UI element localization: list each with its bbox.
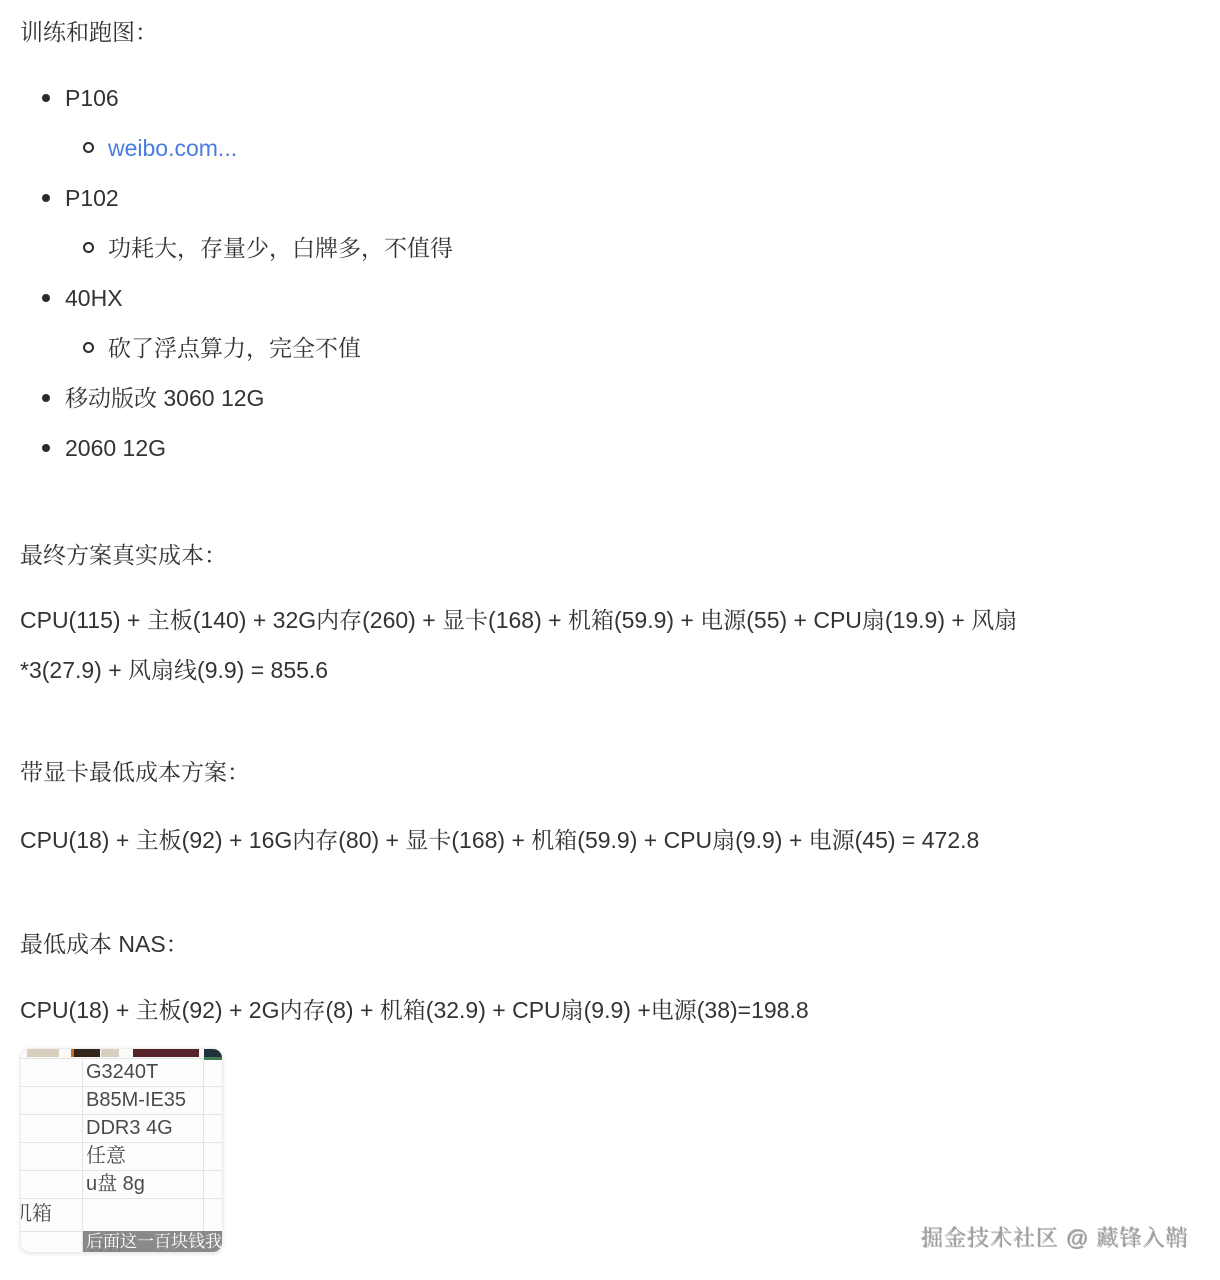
table-cell bbox=[21, 1232, 83, 1253]
artifact-mark bbox=[133, 1049, 199, 1057]
list-item: P102 bbox=[20, 185, 1200, 235]
gpu-options-list: P106 weibo.com... P102 功耗大，存量少，白牌多，不值得 4… bbox=[20, 85, 1200, 485]
artifact-mark bbox=[71, 1049, 100, 1057]
weibo-link[interactable]: weibo.com... bbox=[108, 135, 237, 161]
section-heading-nas-min-cost: 最低成本 NAS： bbox=[20, 930, 1200, 958]
table-row: DDR3 4G bbox=[21, 1115, 222, 1143]
table-cell: u盘 8g bbox=[83, 1171, 204, 1198]
list-item-note: 砍了浮点算力，完全不值 bbox=[20, 335, 1200, 361]
table-cell: 任意 bbox=[83, 1143, 204, 1170]
community-watermark: 掘金技术社区 @ 藏锋入鞘 bbox=[921, 1222, 1189, 1253]
table-row: 任意 bbox=[21, 1143, 222, 1171]
table-cell bbox=[21, 1059, 83, 1086]
table-cell: 机箱 bbox=[21, 1199, 83, 1231]
table-row: G3240T bbox=[21, 1059, 222, 1087]
list-item-label: P106 bbox=[20, 85, 1200, 111]
table-cell: B85M-IE35 bbox=[83, 1087, 204, 1114]
list-item: 砍了浮点算力，完全不值 bbox=[20, 335, 1200, 385]
table-cell-text: 机箱 bbox=[21, 1199, 52, 1230]
table-cell bbox=[204, 1059, 222, 1086]
gpu-min-cost-formula: CPU(18) + 主板(92) + 16G内存(80) + 显卡(168) +… bbox=[20, 825, 1200, 855]
table-cell bbox=[21, 1115, 83, 1142]
final-cost-formula-line2: *3(27.9) + 风扇线(9.9) = 855.6 bbox=[20, 655, 1200, 685]
spreadsheet-screenshot-image[interactable]: G3240T B85M-IE35 DDR3 4G 任意 u盘 8g 机箱 bbox=[20, 1048, 223, 1253]
table-cell: DDR3 4G bbox=[83, 1115, 204, 1142]
table-cell bbox=[21, 1087, 83, 1114]
artifact-mark bbox=[101, 1049, 119, 1057]
table-cell bbox=[204, 1087, 222, 1114]
table-cell bbox=[83, 1199, 204, 1231]
table-cell: G3240T bbox=[83, 1059, 204, 1086]
cropped-row-artifacts bbox=[21, 1049, 222, 1059]
table-cell bbox=[204, 1143, 222, 1170]
section-heading-gpu-min-cost: 带显卡最低成本方案： bbox=[20, 758, 1200, 786]
nas-min-cost-formula: CPU(18) + 主板(92) + 2G内存(8) + 机箱(32.9) + … bbox=[20, 995, 1200, 1025]
list-item: 40HX bbox=[20, 285, 1200, 335]
list-item-label: P102 bbox=[20, 185, 1200, 211]
table-row: 机箱 bbox=[21, 1199, 222, 1232]
list-item-label: 移动版改 3060 12G bbox=[20, 385, 1200, 411]
section-heading-final-cost: 最终方案真实成本： bbox=[20, 541, 1200, 569]
table-cell bbox=[204, 1171, 222, 1198]
table-row: u盘 8g bbox=[21, 1171, 222, 1199]
list-item-label: 40HX bbox=[20, 285, 1200, 311]
list-item: P106 bbox=[20, 85, 1200, 135]
artifact-mark bbox=[204, 1049, 223, 1060]
list-item: 功耗大，存量少，白牌多，不值得 bbox=[20, 235, 1200, 285]
artifact-mark bbox=[27, 1049, 59, 1057]
list-item-label: 2060 12G bbox=[20, 435, 1200, 461]
list-item: weibo.com... bbox=[20, 135, 1200, 185]
list-item: 2060 12G bbox=[20, 435, 1200, 485]
image-caption-overlay: 后面这一百块钱我 bbox=[83, 1231, 222, 1252]
final-cost-formula-line1: CPU(115) + 主板(140) + 32G内存(260) + 显卡(168… bbox=[20, 605, 1200, 635]
table-cell bbox=[21, 1143, 83, 1170]
list-item: 移动版改 3060 12G bbox=[20, 385, 1200, 435]
article-body: 训练和跑图： P106 weibo.com... P102 功耗大，存量少，白牌… bbox=[20, 18, 1200, 1253]
table-cell bbox=[21, 1171, 83, 1198]
list-item-note: 功耗大，存量少，白牌多，不值得 bbox=[20, 235, 1200, 261]
section-heading-training: 训练和跑图： bbox=[20, 18, 1200, 46]
table-cell bbox=[204, 1115, 222, 1142]
table-row: B85M-IE35 bbox=[21, 1087, 222, 1115]
table-cell bbox=[204, 1199, 222, 1231]
